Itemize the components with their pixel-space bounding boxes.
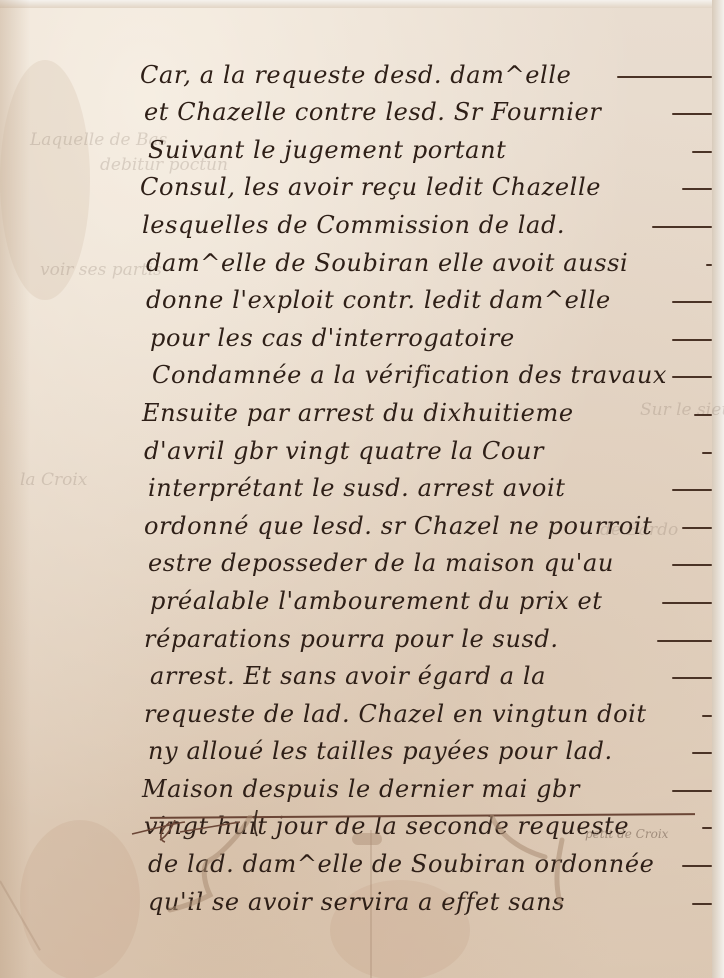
line-filler-dash <box>692 151 712 153</box>
line-text: lesquelles de Commission de lad. <box>142 210 565 240</box>
manuscript-line: et Chazelle contre lesd. Sr Fournier <box>140 90 720 128</box>
line-filler-dash <box>694 414 712 416</box>
line-text: pour les cas d'interrogatoire <box>150 323 515 353</box>
line-text: interprétant le susd. arrest avoit <box>148 473 565 503</box>
manuscript-line: Maison despuis le dernier mai gbr <box>140 766 720 804</box>
line-filler-dash <box>672 489 712 491</box>
paper-damage-mark <box>352 833 382 845</box>
line-text: Condamnée a la vérification des travaux <box>152 360 667 390</box>
manuscript-line: requeste de lad. Chazel en vingtun doit <box>140 691 720 729</box>
manuscript-line: Ensuite par arrest du dixhuitieme <box>140 390 720 428</box>
line-filler-dash <box>672 339 712 341</box>
manuscript-line: d'avril gbr vingt quatre la Cour <box>140 428 720 466</box>
manuscript-line: ordonné que lesd. sr Chazel ne pourroit <box>140 503 720 541</box>
manuscript-line: donne l'exploit contr. ledit dam^elle <box>140 278 720 316</box>
manuscript-line: ny alloué les tailles payées pour lad. <box>140 729 720 767</box>
line-filler-dash <box>657 640 712 642</box>
manuscript-body: Car, a la requeste desd. dam^elle et Cha… <box>140 52 720 917</box>
bleed-through-text: la Croix <box>20 470 87 490</box>
line-text: dam^elle de Soubiran elle avoit aussi <box>146 248 628 278</box>
paper-damage-mark <box>150 815 260 915</box>
margin-note: petit de Croix <box>585 827 668 841</box>
line-text: estre deposseder de la maison qu'au <box>148 548 614 578</box>
line-text: donne l'exploit contr. ledit dam^elle <box>146 285 611 315</box>
line-text: ny alloué les tailles payées pour lad. <box>148 736 613 766</box>
manuscript-page: Laquelle de Bas debitur poctun voir ses … <box>0 0 724 978</box>
line-filler-dash <box>702 827 712 829</box>
manuscript-line: Condamnée a la vérification des travaux <box>140 353 720 391</box>
line-filler-dash <box>662 602 712 604</box>
manuscript-line: Car, a la requeste desd. dam^elle <box>140 52 720 90</box>
line-filler-dash <box>672 564 712 566</box>
line-filler-dash <box>692 903 712 905</box>
line-filler-dash <box>702 715 712 717</box>
line-text: ordonné que lesd. sr Chazel ne pourroit <box>144 511 652 541</box>
line-filler-dash <box>672 113 712 115</box>
line-filler-dash <box>672 376 712 378</box>
manuscript-line: Suivant le jugement portant <box>140 127 720 165</box>
manuscript-line: préalable l'ambourement du prix et <box>140 578 720 616</box>
line-filler-dash <box>692 752 712 754</box>
manuscript-line: Consul, les avoir reçu ledit Chazelle <box>140 165 720 203</box>
paper-damage-mark <box>490 815 590 910</box>
line-filler-dash <box>617 76 712 78</box>
line-filler-dash <box>652 226 712 228</box>
line-text: Car, a la requeste desd. dam^elle <box>140 60 571 90</box>
line-text: Consul, les avoir reçu ledit Chazelle <box>140 172 601 202</box>
line-text: Maison despuis le dernier mai gbr <box>142 774 580 804</box>
line-filler-dash <box>702 452 712 454</box>
line-filler-dash <box>706 264 712 266</box>
line-text: réparations pourra pour le susd. <box>144 624 559 654</box>
line-filler-dash <box>672 301 712 303</box>
manuscript-line: pour les cas d'interrogatoire <box>140 315 720 353</box>
line-filler-dash <box>672 790 712 792</box>
manuscript-line: interprétant le susd. arrest avoit <box>140 466 720 504</box>
line-text: et Chazelle contre lesd. Sr Fournier <box>144 97 601 127</box>
line-text: préalable l'ambourement du prix et <box>150 586 603 616</box>
line-filler-dash <box>682 527 712 529</box>
paper-top-edge <box>0 0 724 8</box>
line-filler-dash <box>682 865 712 867</box>
line-text: Ensuite par arrest du dixhuitieme <box>142 398 574 428</box>
manuscript-line: lesquelles de Commission de lad. <box>140 202 720 240</box>
manuscript-line: réparations pourra pour le susd. <box>140 616 720 654</box>
line-filler-dash <box>672 677 712 679</box>
manuscript-line: estre deposseder de la maison qu'au <box>140 541 720 579</box>
manuscript-line: arrest. Et sans avoir égard a la <box>140 654 720 692</box>
line-text: d'avril gbr vingt quatre la Cour <box>144 436 544 466</box>
line-text: arrest. Et sans avoir égard a la <box>150 661 546 691</box>
line-text: Suivant le jugement portant <box>148 135 506 165</box>
line-filler-dash <box>682 188 712 190</box>
line-text: requeste de lad. Chazel en vingtun doit <box>144 699 647 729</box>
manuscript-line: dam^elle de Soubiran elle avoit aussi <box>140 240 720 278</box>
paper-stain <box>20 820 140 978</box>
